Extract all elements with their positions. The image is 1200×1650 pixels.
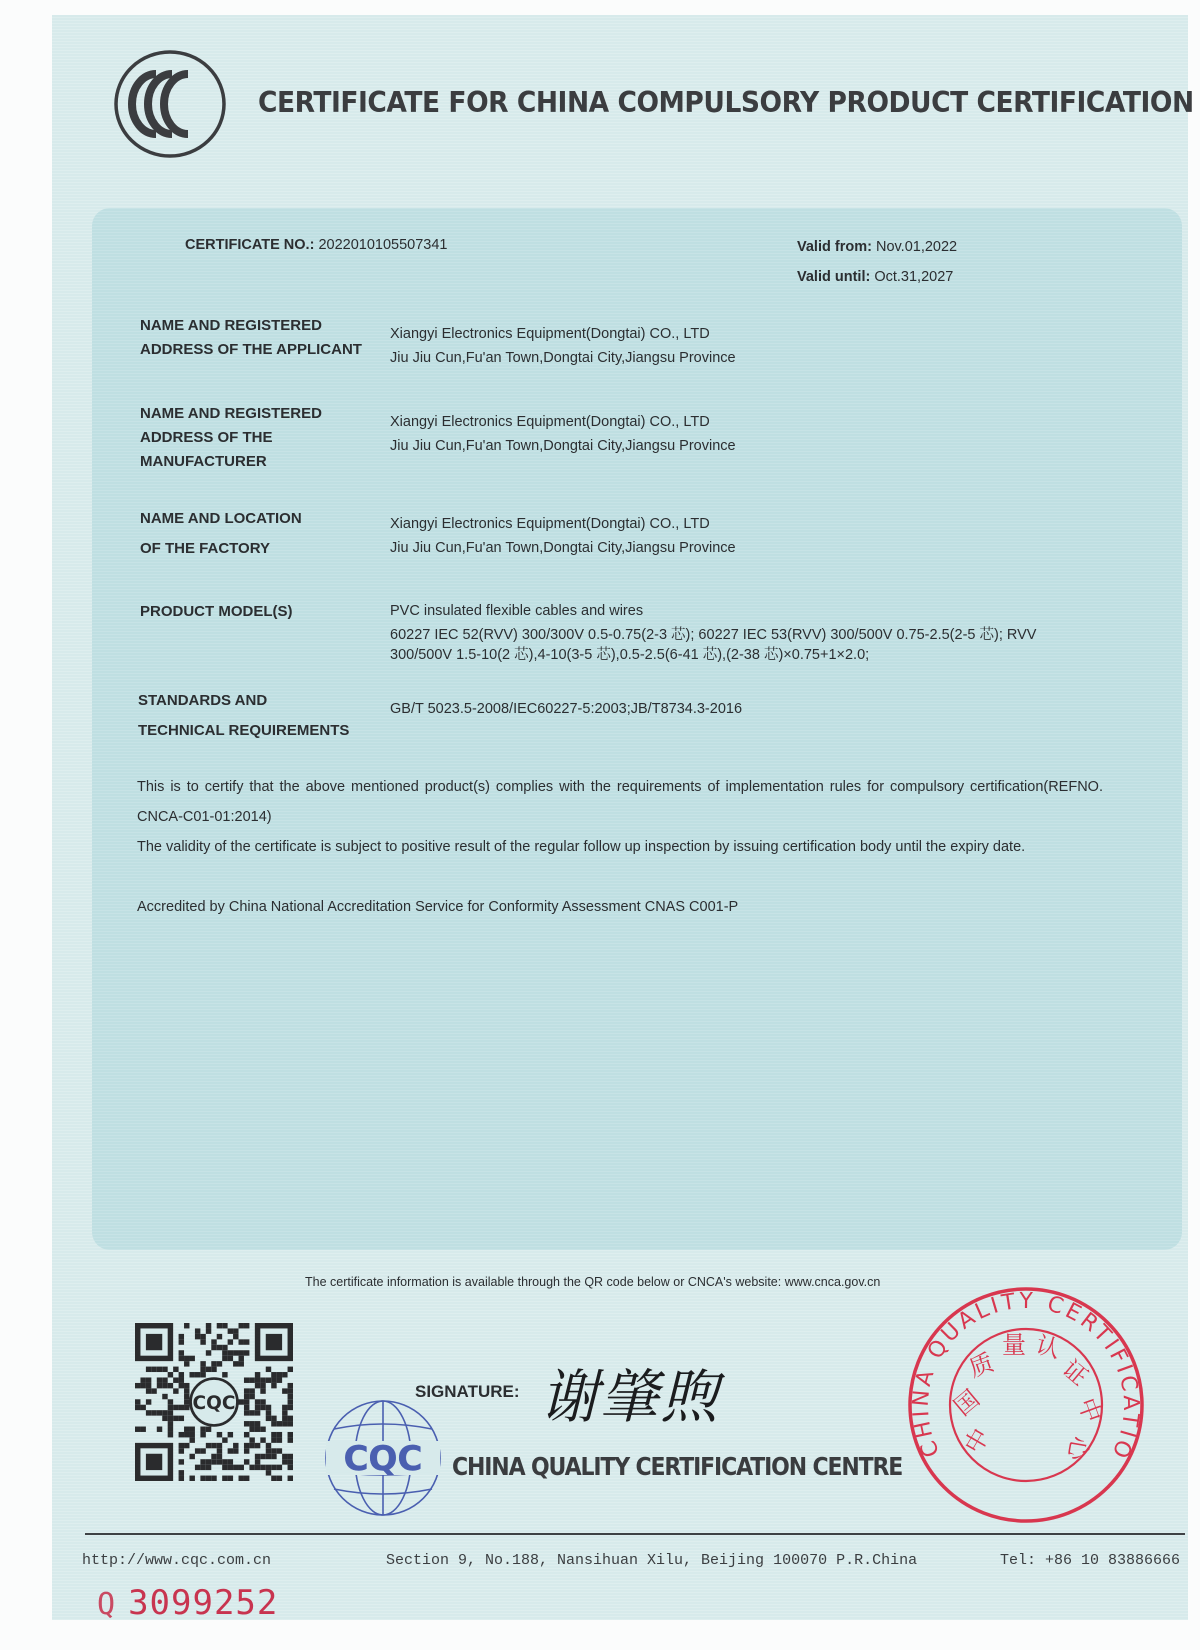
svg-text:中: 中 <box>959 1424 995 1459</box>
applicant-label-line: ADDRESS OF THE APPLICANT <box>140 338 362 362</box>
valid-until: Valid until: Oct.31,2027 <box>797 269 953 285</box>
manufacturer-value: Xiangyi Electronics Equipment(Dongtai) C… <box>390 410 736 458</box>
applicant-label-line: NAME AND REGISTERED <box>140 314 362 338</box>
applicant-name: Xiangyi Electronics Equipment(Dongtai) C… <box>390 322 736 346</box>
footer-address: Section 9, No.188, Nansihuan Xilu, Beiji… <box>386 1552 917 1569</box>
validity-statement: The validity of the certificate is subje… <box>137 832 1103 862</box>
certificate-number-label: CERTIFICATE NO.: <box>185 237 314 253</box>
svg-text:国: 国 <box>949 1384 985 1421</box>
certification-statement: This is to certify that the above mentio… <box>137 772 1103 832</box>
accreditation-statement: Accredited by China National Accreditati… <box>137 892 1103 922</box>
manufacturer-label: NAME AND REGISTERED ADDRESS OF THE MANUF… <box>140 402 322 474</box>
applicant-address: Jiu Jiu Cun,Fu'an Town,Dongtai City,Jian… <box>390 346 736 370</box>
factory-label-line: OF THE FACTORY <box>140 534 302 564</box>
product-description: PVC insulated flexible cables and wires <box>390 601 1036 621</box>
serial-number: Q3099252 <box>97 1583 278 1623</box>
standards-label: STANDARDS AND TECHNICAL REQUIREMENTS <box>138 686 349 746</box>
factory-name: Xiangyi Electronics Equipment(Dongtai) C… <box>390 512 736 536</box>
svg-text:认: 认 <box>1033 1331 1063 1364</box>
factory-address: Jiu Jiu Cun,Fu'an Town,Dongtai City,Jian… <box>390 536 736 560</box>
standards-value: GB/T 5023.5-2008/IEC60227-5:2003;JB/T873… <box>390 697 742 721</box>
applicant-label: NAME AND REGISTERED ADDRESS OF THE APPLI… <box>140 314 362 362</box>
standards-label-line: TECHNICAL REQUIREMENTS <box>138 716 349 746</box>
issuer-name: CHINA QUALITY CERTIFICATION CENTRE <box>452 1452 902 1481</box>
qr-code[interactable]: CQC <box>135 1322 293 1482</box>
valid-until-label: Valid until: <box>797 269 870 285</box>
standards-label-line: STANDARDS AND <box>138 686 349 716</box>
svg-text:CQC: CQC <box>344 1439 423 1479</box>
manufacturer-address: Jiu Jiu Cun,Fu'an Town,Dongtai City,Jian… <box>390 434 736 458</box>
valid-from-value: Nov.01,2022 <box>872 239 957 255</box>
signature-handwritten: 谢肇煦 <box>540 1350 720 1434</box>
applicant-value: Xiangyi Electronics Equipment(Dongtai) C… <box>390 322 736 370</box>
cqc-globe-logo-icon: CQC <box>322 1397 444 1519</box>
product-models-line: 300/500V 1.5-10(2 芯),4-10(3-5 芯),0.5-2.5… <box>390 645 1036 665</box>
footer-phone: Tel: +86 10 83886666 <box>1000 1552 1180 1569</box>
valid-from: Valid from: Nov.01,2022 <box>797 239 957 255</box>
manufacturer-name: Xiangyi Electronics Equipment(Dongtai) C… <box>390 410 736 434</box>
svg-text:CHINA QUALITY CERTIFICATION CE: CHINA QUALITY CERTIFICATION CENTRE <box>906 1285 1143 1465</box>
certificate-number: CERTIFICATE NO.: 2022010105507341 <box>185 237 447 253</box>
certificate-title: CERTIFICATE FOR CHINA COMPULSORY PRODUCT… <box>258 86 1194 119</box>
footer-website-link[interactable]: http://www.cqc.com.cn <box>82 1552 271 1569</box>
valid-until-value: Oct.31,2027 <box>870 269 953 285</box>
certificate-number-value: 2022010105507341 <box>314 237 447 253</box>
valid-from-label: Valid from: <box>797 239 872 255</box>
footer-divider <box>85 1533 1185 1535</box>
serial-prefix: Q <box>97 1587 116 1622</box>
qr-notice: The certificate information is available… <box>305 1275 880 1289</box>
serial-value: 3099252 <box>128 1583 278 1623</box>
svg-text:CQC: CQC <box>193 1393 236 1414</box>
svg-text:心: 心 <box>1062 1434 1094 1463</box>
manufacturer-label-line: NAME AND REGISTERED <box>140 402 322 426</box>
svg-text:量: 量 <box>1002 1331 1026 1359</box>
product-value: PVC insulated flexible cables and wires … <box>390 601 1036 665</box>
factory-label: NAME AND LOCATION OF THE FACTORY <box>140 504 302 564</box>
product-models-line: 60227 IEC 52(RVV) 300/300V 0.5-0.75(2-3 … <box>390 625 1036 645</box>
manufacturer-label-line: ADDRESS OF THE <box>140 426 322 450</box>
factory-value: Xiangyi Electronics Equipment(Dongtai) C… <box>390 512 736 560</box>
factory-label-line: NAME AND LOCATION <box>140 504 302 534</box>
product-label: PRODUCT MODEL(S) <box>140 600 293 624</box>
official-seal-stamp-icon: CHINA QUALITY CERTIFICATION CENTRE 中 国 质… <box>906 1285 1146 1525</box>
ccc-logo-icon <box>112 48 228 160</box>
manufacturer-label-line: MANUFACTURER <box>140 450 322 474</box>
